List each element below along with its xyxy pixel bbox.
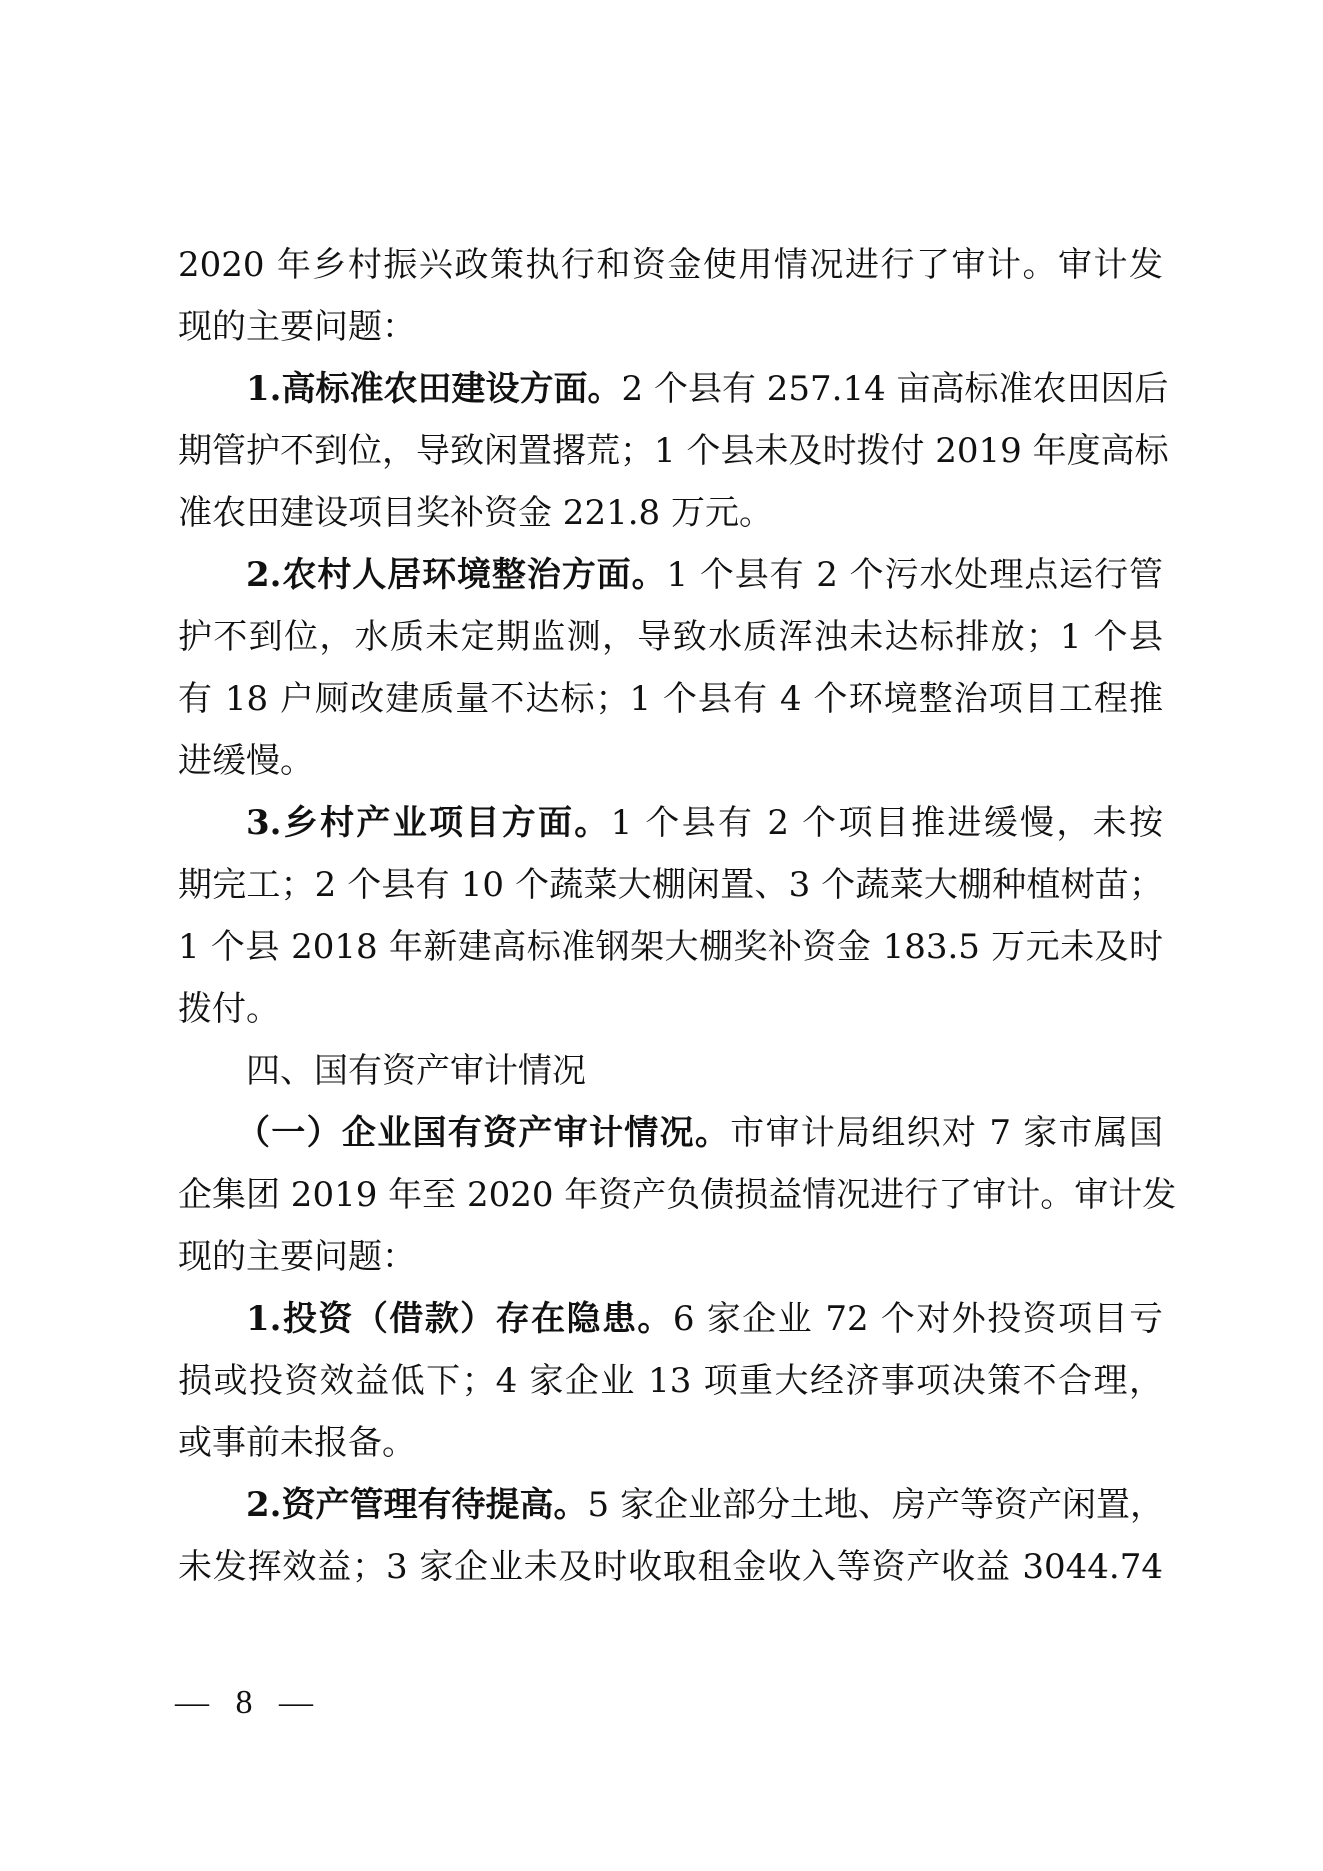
paragraph-first-line: 1.投资（借款）存在隐患。6 家企业 72 个对外投资项目亏 bbox=[246, 1288, 1163, 1350]
item-text: 1 个县有 2 个项目推进缓慢，未按 bbox=[611, 803, 1163, 843]
item-text: 1 个县有 2 个污水处理点运行管 bbox=[666, 555, 1163, 595]
item-heading: 1.投资（借款）存在隐患。 bbox=[246, 1299, 673, 1339]
text-line: 未发挥效益；3 家企业未及时收取租金收入等资产收益 3044.74 bbox=[178, 1536, 1163, 1598]
text-line: 拨付。 bbox=[178, 978, 1163, 1040]
text-line: 2020 年乡村振兴政策执行和资金使用情况进行了审计。审计发 bbox=[178, 234, 1163, 296]
section-heading: 四、国有资产审计情况 bbox=[246, 1040, 586, 1102]
paragraph-first-line: 2.农村人居环境整治方面。1 个县有 2 个污水处理点运行管 bbox=[246, 544, 1163, 606]
page-number: — 8 — bbox=[175, 1683, 313, 1723]
text-line: 有 18 户厕改建质量不达标；1 个县有 4 个环境整治项目工程推 bbox=[178, 668, 1163, 730]
text-line: 准农田建设项目奖补资金 221.8 万元。 bbox=[178, 482, 1163, 544]
subsection-text: 市审计局组织对 7 家市属国 bbox=[730, 1113, 1163, 1153]
text-line: 企集团 2019 年至 2020 年资产负债损益情况进行了审计。审计发 bbox=[178, 1164, 1163, 1226]
paragraph-first-line: 2.资产管理有待提高。5 家企业部分土地、房产等资产闲置， bbox=[246, 1474, 1163, 1536]
item-text: 6 家企业 72 个对外投资项目亏 bbox=[673, 1299, 1163, 1339]
paragraph-first-line: （一）企业国有资产审计情况。市审计局组织对 7 家市属国 bbox=[236, 1102, 1163, 1164]
item-heading: 2.资产管理有待提高。 bbox=[246, 1485, 588, 1525]
text-line: 1 个县 2018 年新建高标准钢架大棚奖补资金 183.5 万元未及时 bbox=[178, 916, 1163, 978]
text-line: 损或投资效益低下；4 家企业 13 项重大经济事项决策不合理， bbox=[178, 1350, 1163, 1412]
paragraph-first-line: 1.高标准农田建设方面。2 个县有 257.14 亩高标准农田因后 bbox=[246, 358, 1163, 420]
item-text: 2 个县有 257.14 亩高标准农田因后 bbox=[622, 369, 1169, 409]
text-line: 或事前未报备。 bbox=[178, 1412, 1163, 1474]
subsection-heading: （一）企业国有资产审计情况。 bbox=[236, 1113, 730, 1153]
text-line: 现的主要问题： bbox=[178, 296, 1163, 358]
text-line: 护不到位，水质未定期监测，导致水质浑浊未达标排放；1 个县 bbox=[178, 606, 1163, 668]
item-text: 5 家企业部分土地、房产等资产闲置， bbox=[588, 1485, 1164, 1525]
paragraph-first-line: 3.乡村产业项目方面。1 个县有 2 个项目推进缓慢，未按 bbox=[246, 792, 1163, 854]
item-heading: 1.高标准农田建设方面。 bbox=[246, 369, 622, 409]
text-line: 期管护不到位，导致闲置撂荒；1 个县未及时拨付 2019 年度高标 bbox=[178, 420, 1163, 482]
document-page: 2020 年乡村振兴政策执行和资金使用情况进行了审计。审计发 现的主要问题： 1… bbox=[0, 0, 1323, 1871]
text-line: 现的主要问题： bbox=[178, 1226, 1163, 1288]
text-line: 期完工；2 个县有 10 个蔬菜大棚闲置、3 个蔬菜大棚种植树苗； bbox=[178, 854, 1163, 916]
text-line: 进缓慢。 bbox=[178, 730, 1163, 792]
item-heading: 3.乡村产业项目方面。 bbox=[246, 803, 611, 843]
item-heading: 2.农村人居环境整治方面。 bbox=[246, 555, 666, 595]
